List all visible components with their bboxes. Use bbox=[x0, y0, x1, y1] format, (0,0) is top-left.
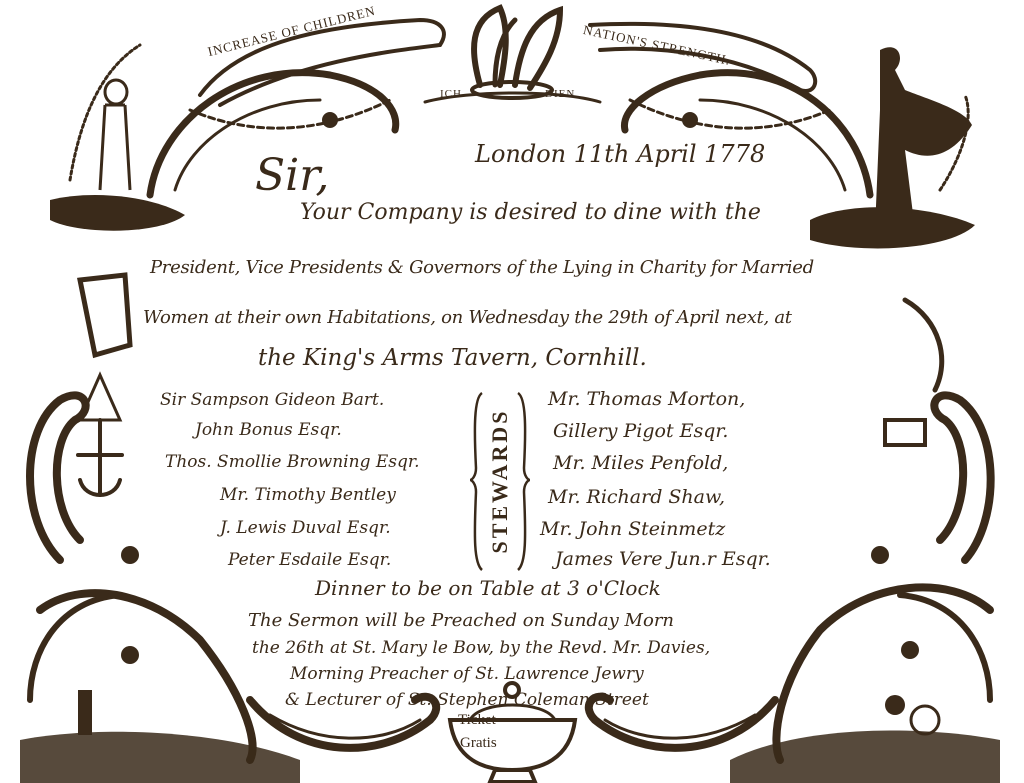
urn-gratis-label: Gratis bbox=[460, 735, 497, 752]
steward: Mr. Thomas Morton, bbox=[548, 388, 745, 410]
steward: Peter Esdaile Esqr. bbox=[228, 550, 391, 570]
sermon-line-3: Morning Preacher of St. Lawrence Jewry bbox=[290, 664, 644, 684]
stewards-label: STEWARDS bbox=[468, 388, 532, 573]
motto-dien: DIEN bbox=[545, 88, 575, 100]
steward: Thos. Smollie Browning Esqr. bbox=[165, 452, 420, 472]
sermon-line-4: & Lecturer of St. Stephen Coleman Street bbox=[285, 690, 649, 710]
dateline: London 11th April 1778 bbox=[475, 140, 765, 168]
letter-line-4: the King's Arms Tavern, Cornhill. bbox=[258, 345, 647, 371]
steward: Sir Sampson Gideon Bart. bbox=[160, 390, 384, 410]
motto-ich: ICH bbox=[440, 88, 462, 100]
sermon-line-2: the 26th at St. Mary le Bow, by the Revd… bbox=[252, 638, 710, 658]
steward: Mr. Richard Shaw, bbox=[548, 486, 725, 508]
steward: James Vere Jun.r Esqr. bbox=[555, 548, 771, 570]
urn-ticket-label: Ticket bbox=[458, 712, 496, 729]
steward: Mr. Timothy Bentley bbox=[220, 485, 396, 505]
steward: Gillery Pigot Esqr. bbox=[553, 420, 728, 442]
letter-line-3: Women at their own Habitations, on Wedne… bbox=[143, 307, 792, 328]
salutation: Sir, bbox=[255, 150, 329, 201]
dinner-time-note: Dinner to be on Table at 3 o'Clock bbox=[315, 576, 661, 600]
sermon-line-1: The Sermon will be Preached on Sunday Mo… bbox=[248, 610, 674, 631]
steward: John Bonus Esqr. bbox=[195, 420, 342, 440]
steward: J. Lewis Duval Esqr. bbox=[220, 518, 391, 538]
steward: Mr. John Steinmetz bbox=[540, 518, 725, 540]
steward: Mr. Miles Penfold, bbox=[553, 452, 728, 474]
letter-line-2: President, Vice Presidents & Governors o… bbox=[150, 257, 814, 278]
letter-line-1: Your Company is desired to dine with the bbox=[300, 200, 761, 225]
